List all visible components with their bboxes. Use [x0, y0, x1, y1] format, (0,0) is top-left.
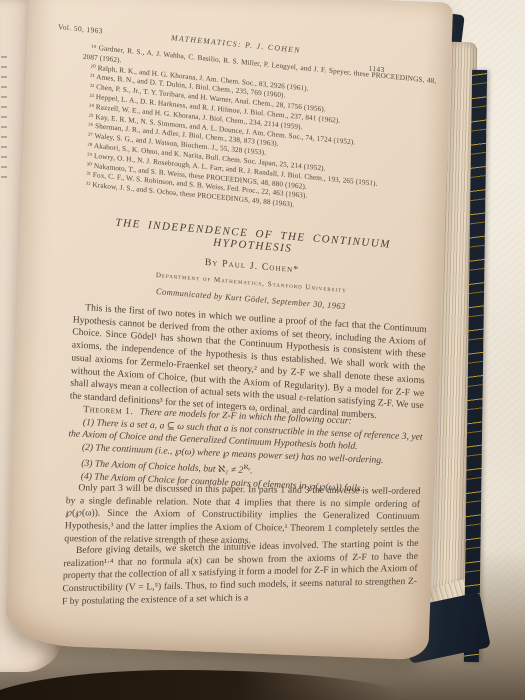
body-paragraph-3: Before giving details, we sketch the int…	[62, 538, 419, 609]
volume-label: Vol. 50, 1963	[58, 22, 103, 35]
paragraph-text: Before giving details, we sketch the int…	[62, 538, 419, 609]
article-heading: THE INDEPENDENCE OF THE CONTINUUM HYPOTH…	[74, 213, 430, 317]
references-section: Vol. 50, 1963 MATHEMATICS: P. J. COHEN 1…	[78, 25, 437, 224]
book-page: Vol. 50, 1963 MATHEMATICS: P. J. COHEN 1…	[4, 0, 453, 660]
theorem-label: Theorem 1.	[83, 404, 133, 417]
page-content: Vol. 50, 1963 MATHEMATICS: P. J. COHEN 1…	[6, 0, 454, 623]
item-3-post: .	[250, 465, 253, 476]
cut-off-text-marks	[1, 56, 7, 186]
photo-of-open-book: Vol. 50, 1963 MATHEMATICS: P. J. COHEN 1…	[0, 0, 525, 700]
